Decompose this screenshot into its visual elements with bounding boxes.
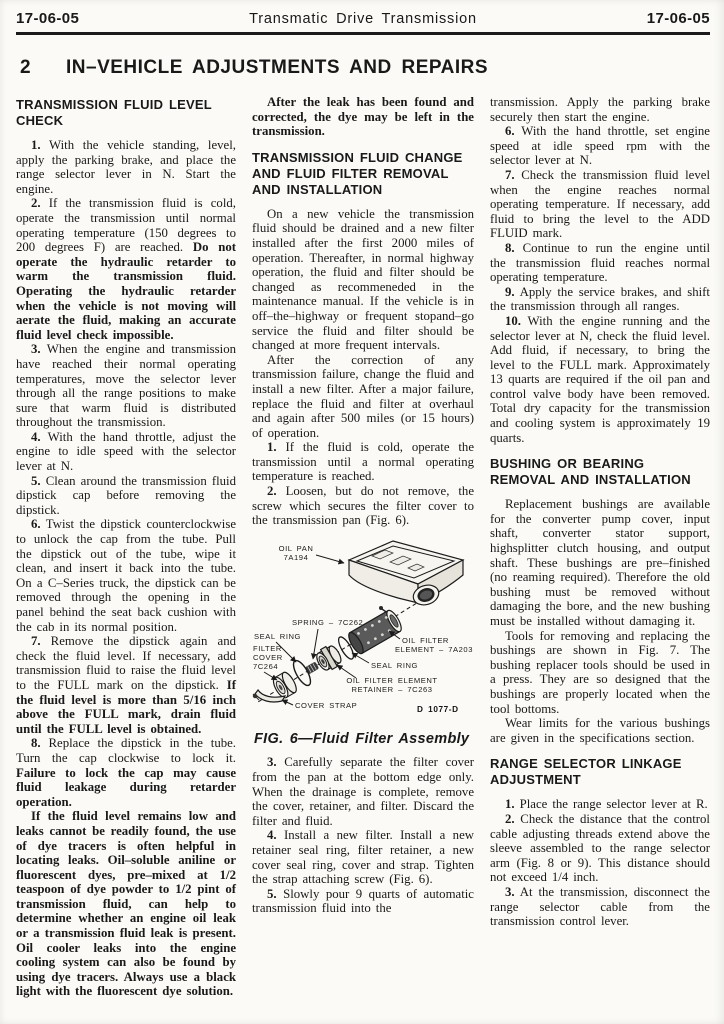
oil-pan-drawing: [349, 541, 463, 608]
paragraph: 1. With the vehicle standing, level, app…: [16, 138, 236, 196]
column-section-heading: TRANSMISSION FLUID CHANGE AND FLUID FILT…: [252, 150, 474, 198]
seal-ring-label-right: SEAL RING: [371, 661, 418, 670]
manual-page: 17-06-05 Transmatic Drive Transmission 1…: [0, 0, 724, 1024]
figure-caption: FIG. 6—Fluid Filter Assembly: [254, 732, 474, 747]
page-code-right: 17-06-05: [647, 10, 710, 27]
filter-cover-part-number: 7C264: [253, 662, 278, 671]
paragraph: 4. With the hand throttle, adjust the en…: [16, 430, 236, 474]
paragraph: 6. With the hand throttle, set engine sp…: [490, 124, 710, 168]
column-section-heading: TRANSMISSION FLUID LEVEL CHECK: [16, 97, 236, 129]
paragraph: 3. Carefully separate the filter cover f…: [252, 755, 474, 828]
paragraph: After the correction of any transmission…: [252, 353, 474, 441]
retainer-label-2: RETAINER – 7C263: [351, 685, 432, 694]
paragraph: After the leak has been found and correc…: [252, 95, 474, 139]
paragraph: 8. Continue to run the engine until the …: [490, 241, 710, 285]
exploded-view-drawing: OIL PAN 7A194 SPRING – 7C262 SEAL RING F…: [252, 534, 474, 720]
paragraph: 2. Loosen, but do not remove, the screw …: [252, 484, 474, 528]
section-title: IN–VEHICLE ADJUSTMENTS AND REPAIRS: [66, 57, 488, 79]
document-title: Transmatic Drive Transmission: [249, 11, 477, 27]
column-middle-top: After the leak has been found and correc…: [252, 95, 474, 528]
paragraph: 3. When the engine and transmission have…: [16, 342, 236, 430]
paragraph: On a new vehicle the transmission fluid …: [252, 207, 474, 353]
header-rule: [16, 32, 710, 35]
oil-pan-label: OIL PAN: [279, 544, 314, 553]
paragraph: transmission. Apply the parking brake se…: [490, 95, 710, 124]
paragraph: Tools for removing and replacing the bus…: [490, 629, 710, 717]
retainer-label-1: OIL FILTER ELEMENT: [346, 676, 437, 685]
filter-cover-label-1: FILTER: [253, 644, 282, 653]
paragraph: 7. Remove the dipstick again and check t…: [16, 634, 236, 736]
paragraph: 5. Clean around the transmission fluid d…: [16, 474, 236, 518]
paragraph: If the fluid level remains low and leaks…: [16, 809, 236, 999]
paragraph: 9. Apply the service brakes, and shift t…: [490, 285, 710, 314]
paragraph: 4. Install a new filter. Install a new r…: [252, 828, 474, 886]
oil-pan-part-number: 7A194: [284, 553, 309, 562]
paragraph: Wear limits for the various bushings are…: [490, 716, 710, 745]
filter-cover-label-2: COVER: [253, 653, 283, 662]
section-number: 2: [20, 57, 66, 79]
column-section-heading: RANGE SELECTOR LINKAGE ADJUSTMENT: [490, 756, 710, 788]
column-middle-bottom: 3. Carefully separate the filter cover f…: [252, 755, 474, 916]
paragraph: 5. Slowly pour 9 quarts of automatic tra…: [252, 887, 474, 916]
text-columns: TRANSMISSION FLUID LEVEL CHECK1. With th…: [16, 95, 710, 999]
column-section-heading: BUSHING OR BEARING REMOVAL AND INSTALLAT…: [490, 456, 710, 488]
seal-ring-label-left: SEAL RING: [254, 632, 301, 641]
column-middle: After the leak has been found and correc…: [252, 95, 474, 999]
paragraph: 3. At the transmission, disconnect the r…: [490, 885, 710, 929]
paragraph: 10. With the engine running and the sele…: [490, 314, 710, 445]
spring-label: SPRING – 7C262: [292, 618, 363, 627]
page-header: 17-06-05 Transmatic Drive Transmission 1…: [16, 8, 710, 27]
paragraph: 1. If the fluid is cold, operate the tra…: [252, 440, 474, 484]
paragraph: 8. Replace the dipstick in the tube. Tur…: [16, 736, 236, 809]
paragraph: 7. Check the transmission fluid level wh…: [490, 168, 710, 241]
drawing-code: D 1077-D: [417, 705, 459, 714]
paragraph: 2. Check the distance that the control c…: [490, 812, 710, 885]
oil-filter-element-label-2: ELEMENT – 7A203: [395, 645, 473, 654]
section-heading-row: 2 IN–VEHICLE ADJUSTMENTS AND REPAIRS: [20, 57, 710, 79]
column-left: TRANSMISSION FLUID LEVEL CHECK1. With th…: [16, 95, 236, 999]
oil-filter-element-label-1: OIL FILTER: [402, 636, 449, 645]
column-right: transmission. Apply the parking brake se…: [490, 95, 710, 999]
paragraph: 2. If the transmission fluid is cold, op…: [16, 196, 236, 342]
page-code-left: 17-06-05: [16, 10, 79, 27]
paragraph: Replacement bushings are available for t…: [490, 497, 710, 628]
paragraph: 1. Place the range selector lever at R.: [490, 797, 710, 812]
cover-strap-label: COVER STRAP: [295, 701, 357, 710]
spring-drawing: [305, 661, 319, 674]
fluid-filter-assembly-figure: OIL PAN 7A194 SPRING – 7C262 SEAL RING F…: [252, 534, 474, 747]
paragraph: 6. Twist the dipstick counterclockwise t…: [16, 517, 236, 634]
